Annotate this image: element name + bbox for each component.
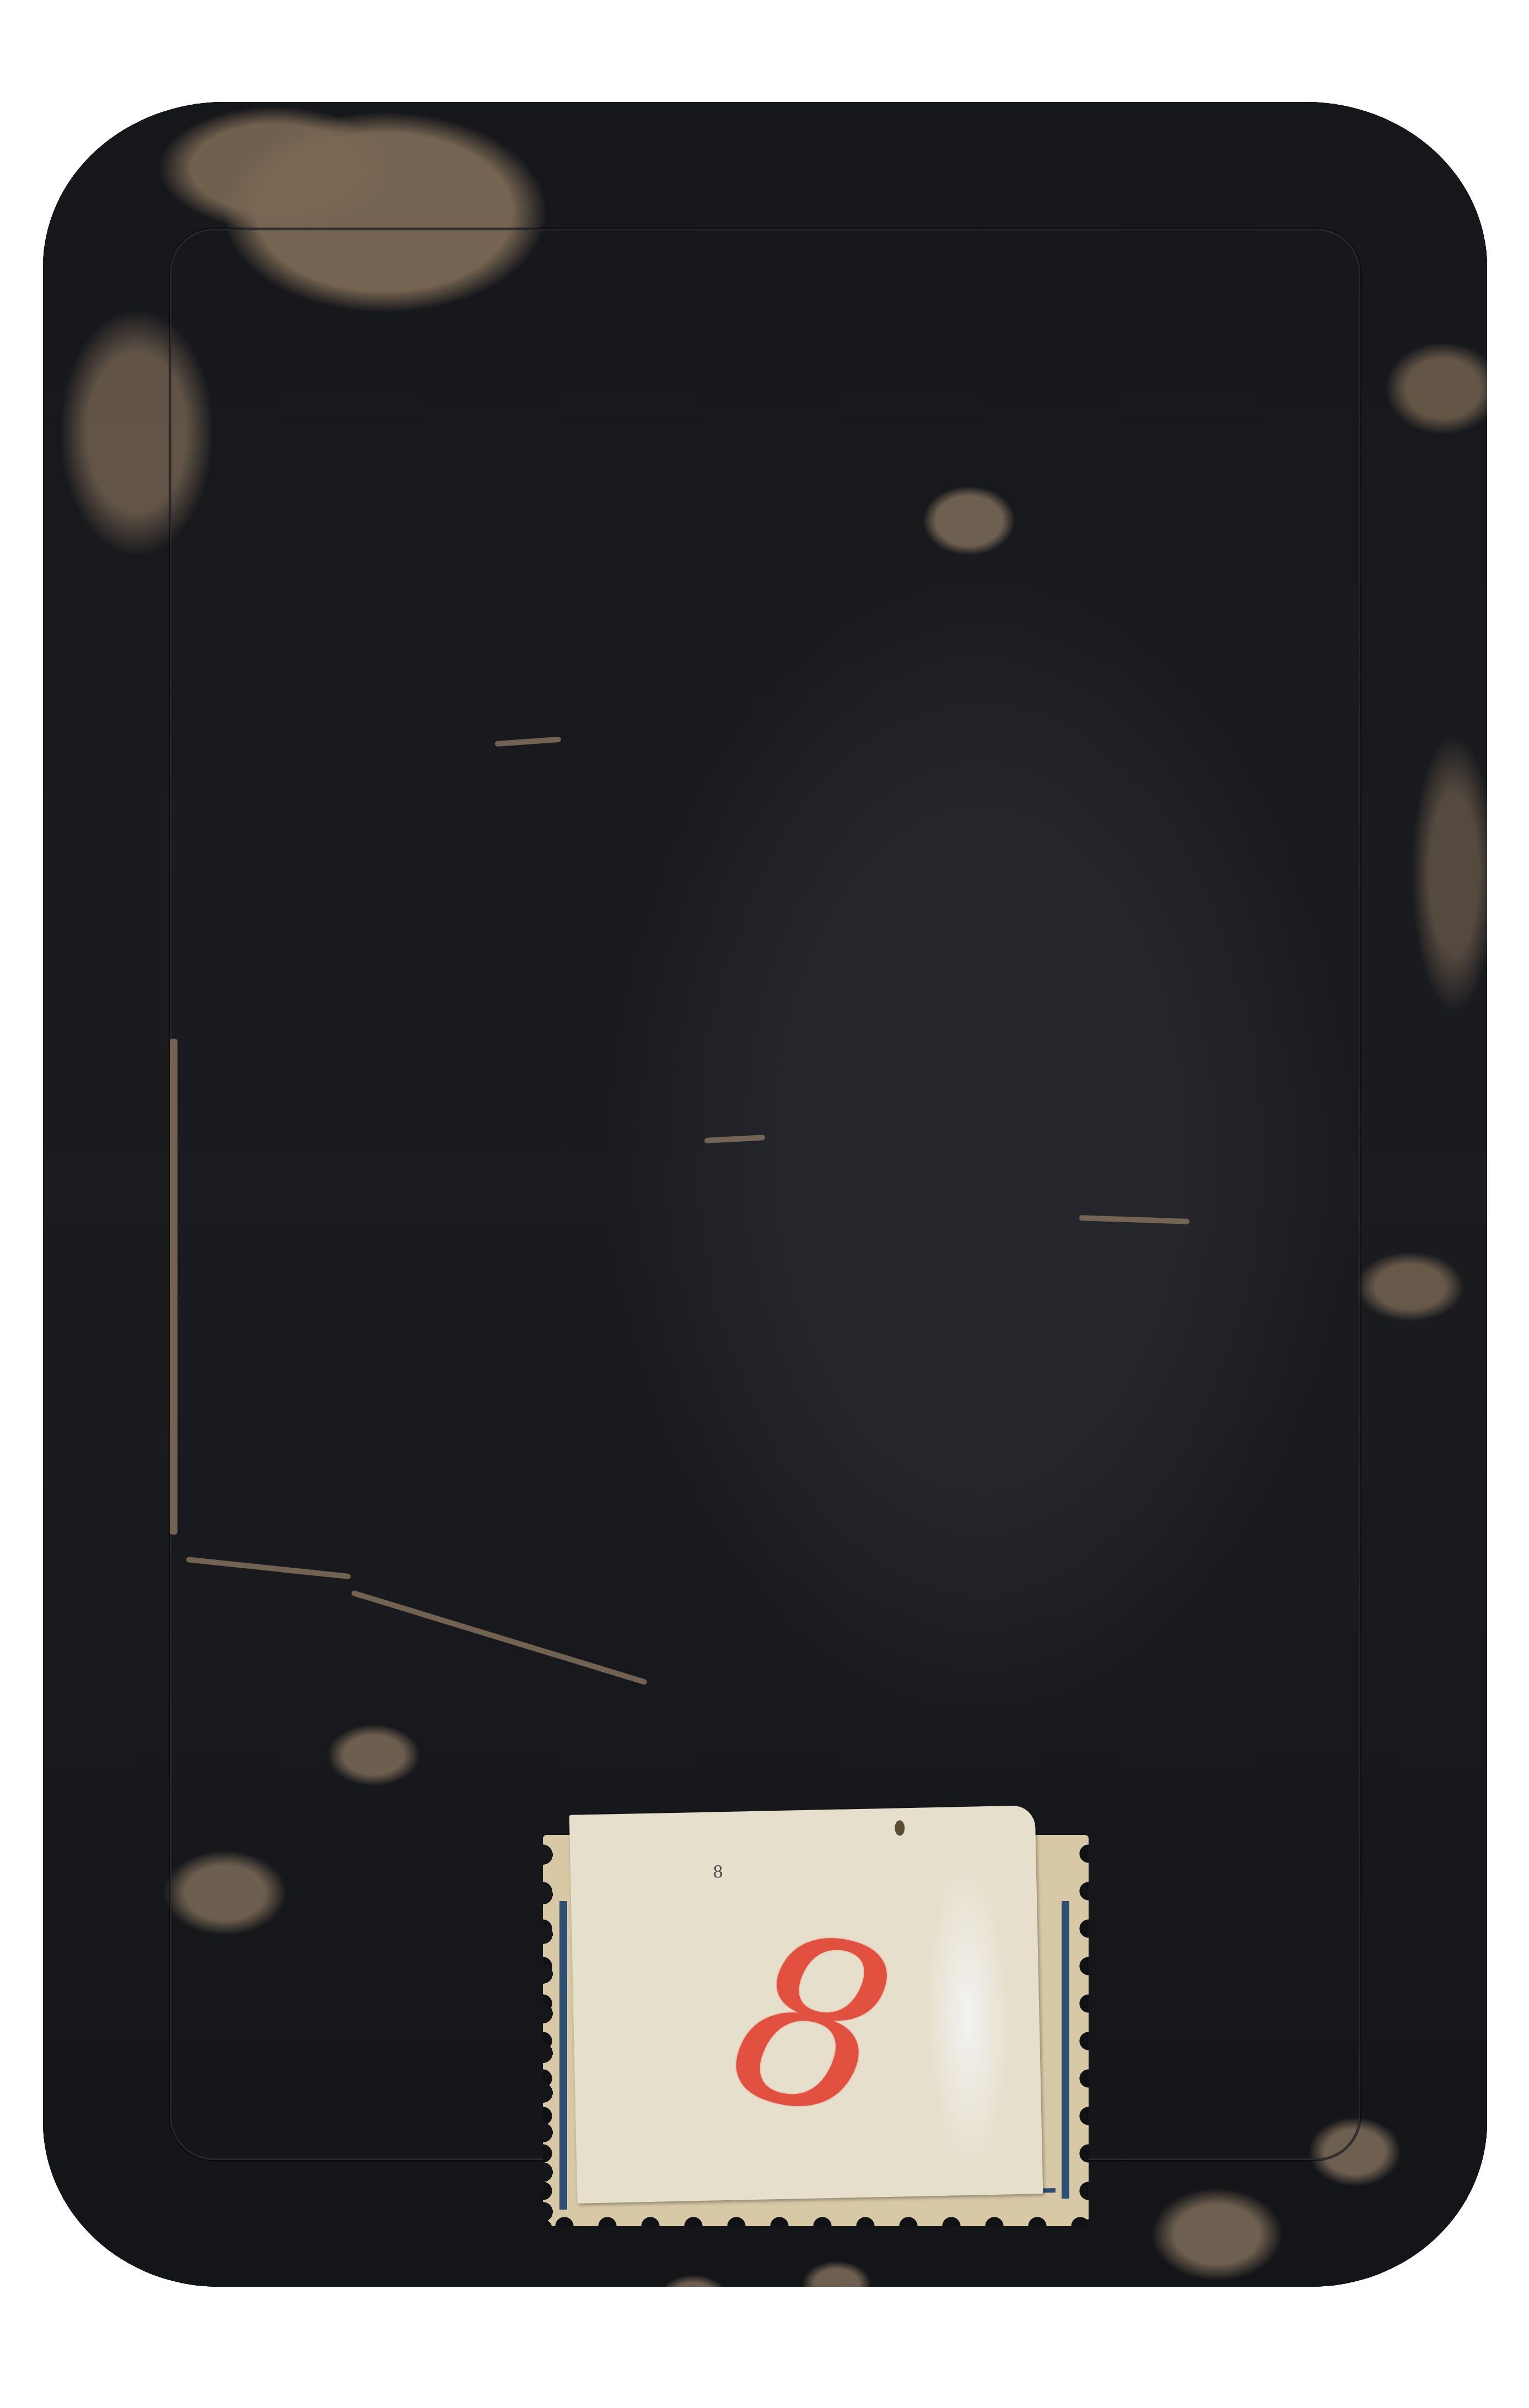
paper-slip: 8 8 <box>569 1805 1043 2204</box>
stamp-frame-left <box>559 1901 567 2210</box>
pencil-number: 8 <box>713 1864 724 1881</box>
red-crayon-number: 8 <box>714 1895 896 2155</box>
stamp-frame-right <box>1062 1901 1069 2199</box>
dirt-speck <box>895 1820 905 1835</box>
scratch-mark <box>170 1039 177 1535</box>
white-smudge <box>923 1861 1013 2171</box>
stamp-label: 8 8 <box>543 1810 1091 2229</box>
